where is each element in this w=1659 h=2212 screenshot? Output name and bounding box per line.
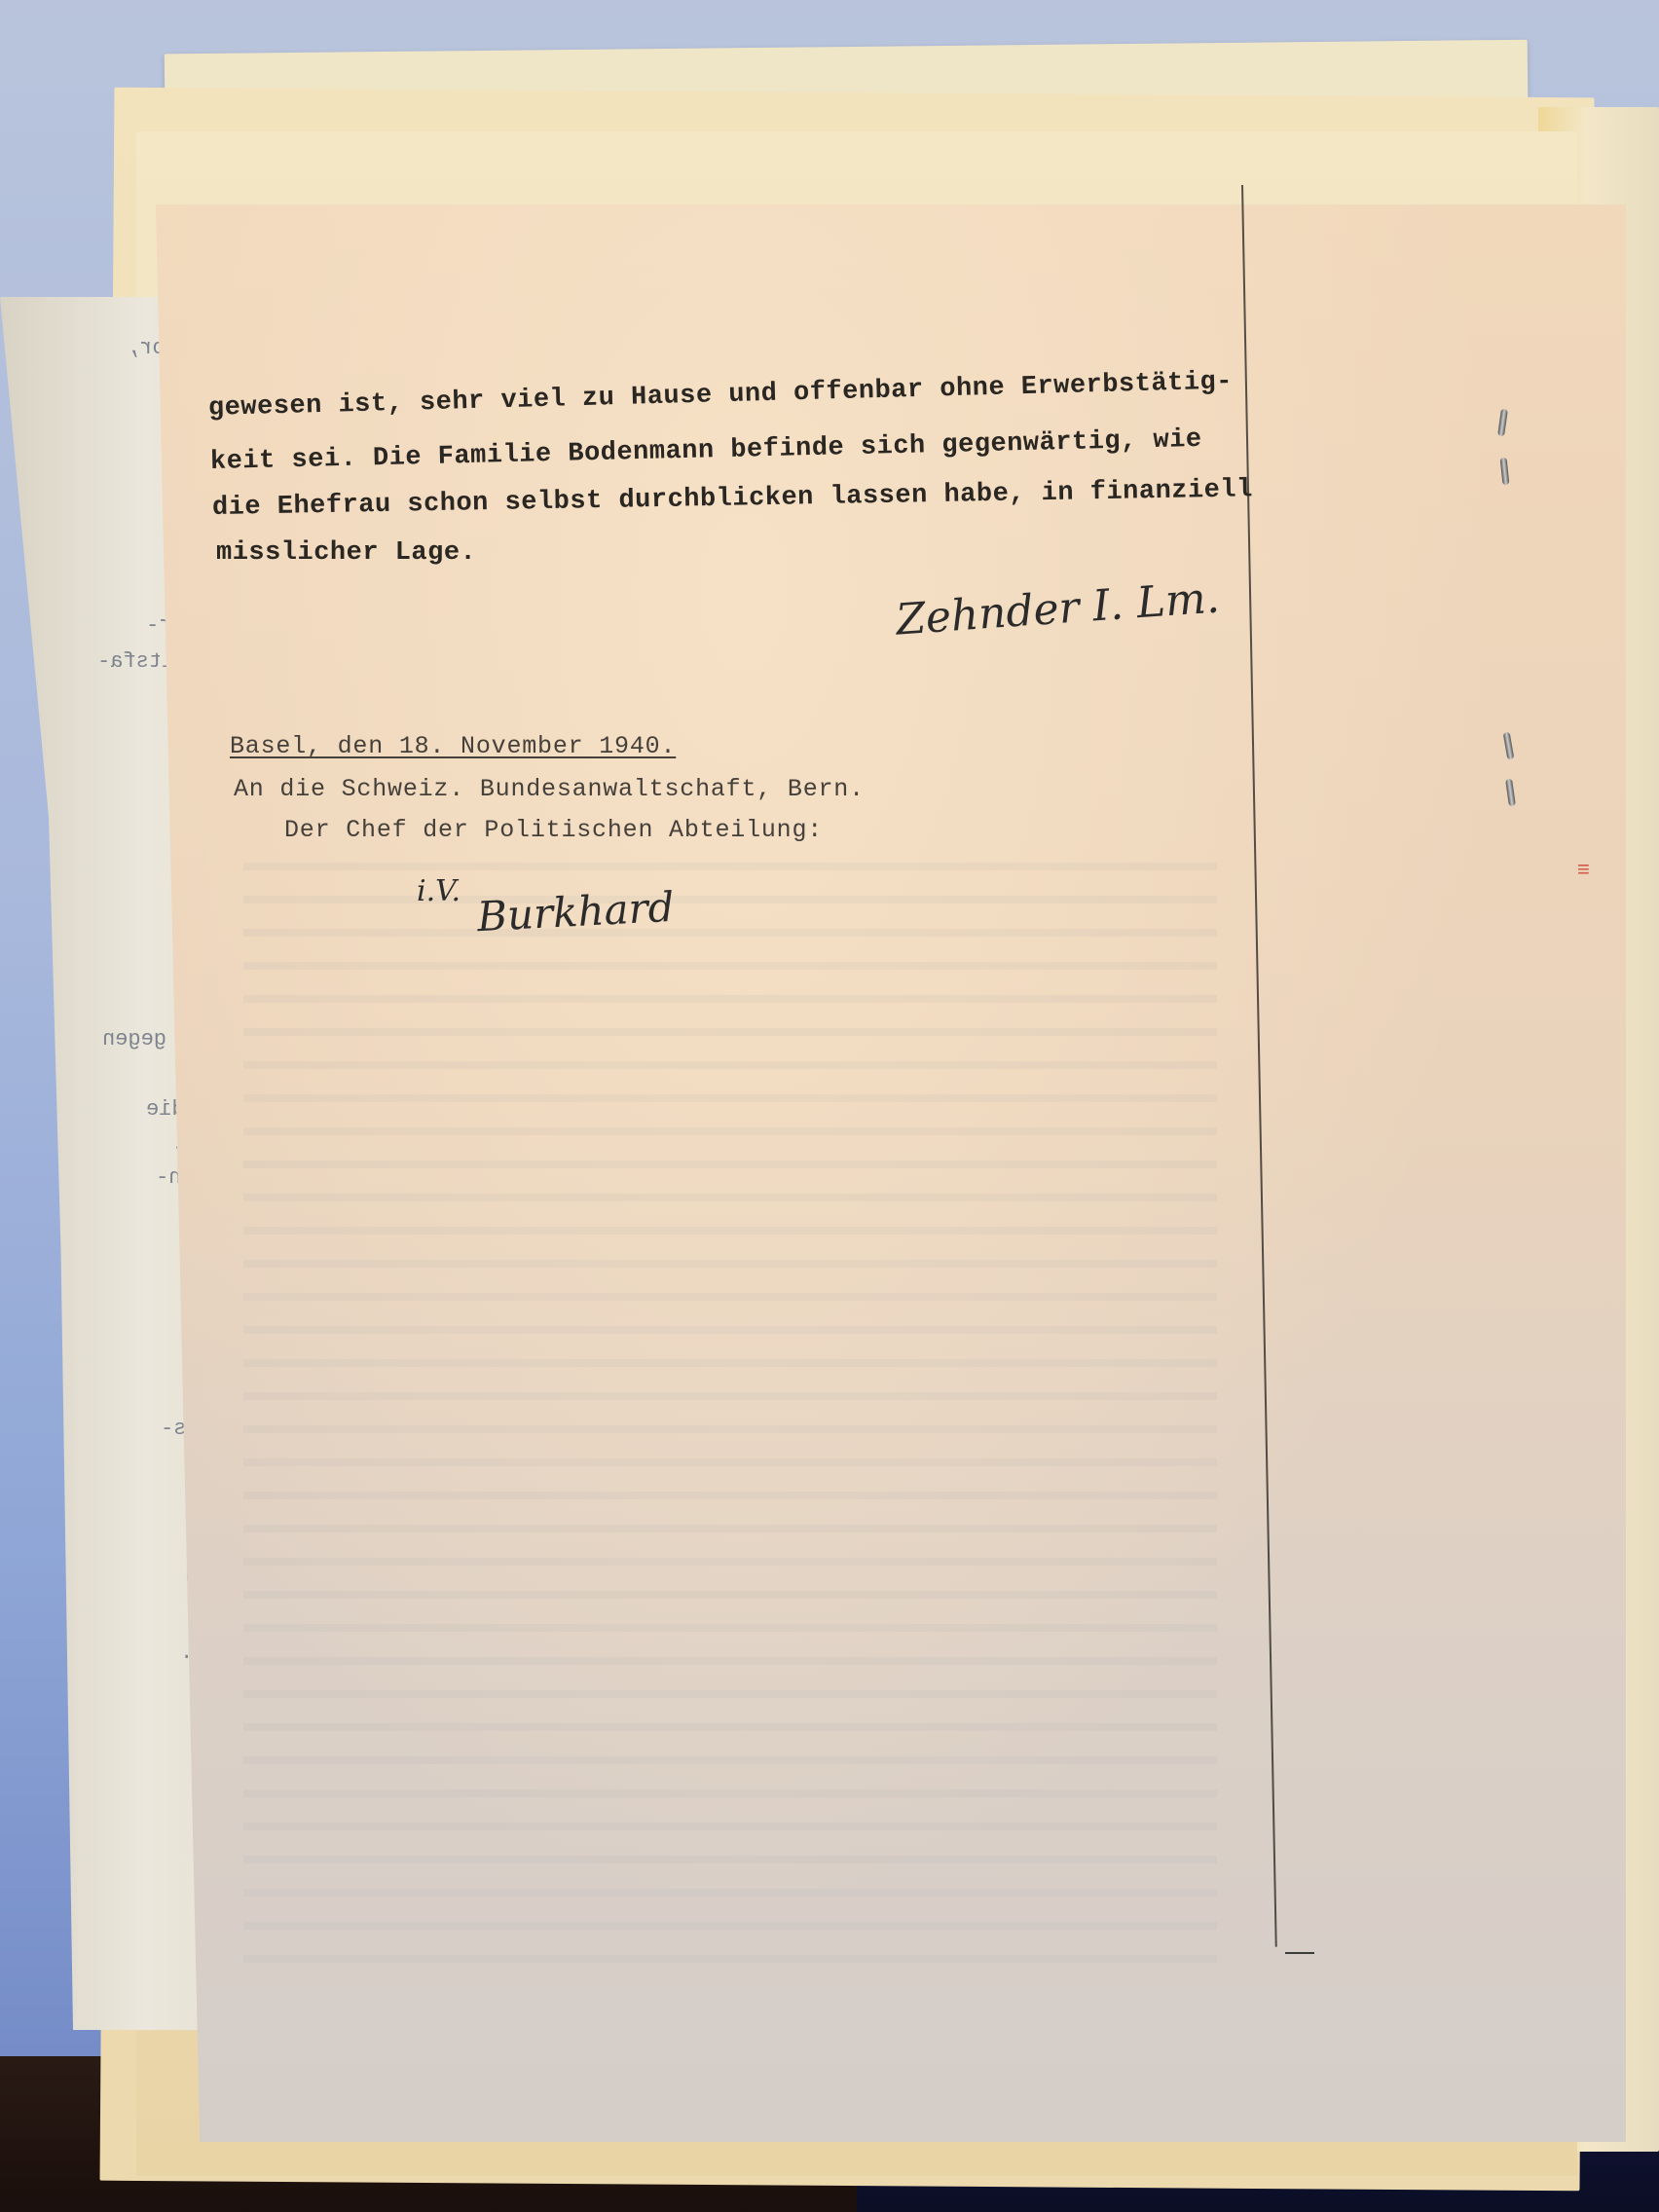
reverse-side-bleed-through [243,837,1217,1986]
margin-tick-mark [1285,1952,1314,1954]
signature-prefix-iv: i.V. [417,874,461,908]
recipient-line: An die Schweiz. Bundesanwaltschaft, Bern… [234,775,865,803]
photo-scene: tor, tor- ltsfa- r- n gegen ie n die xe,… [0,0,1659,2212]
place-and-date: Basel, den 18. November 1940. [230,732,676,760]
sender-title: Der Chef der Politischen Abteilung: [284,816,823,844]
body-line-4: misslicher Lage. [216,538,476,568]
mirrored-fragment: ltsfa- [97,649,174,674]
red-pencil-mark: ≡ [1577,857,1590,882]
